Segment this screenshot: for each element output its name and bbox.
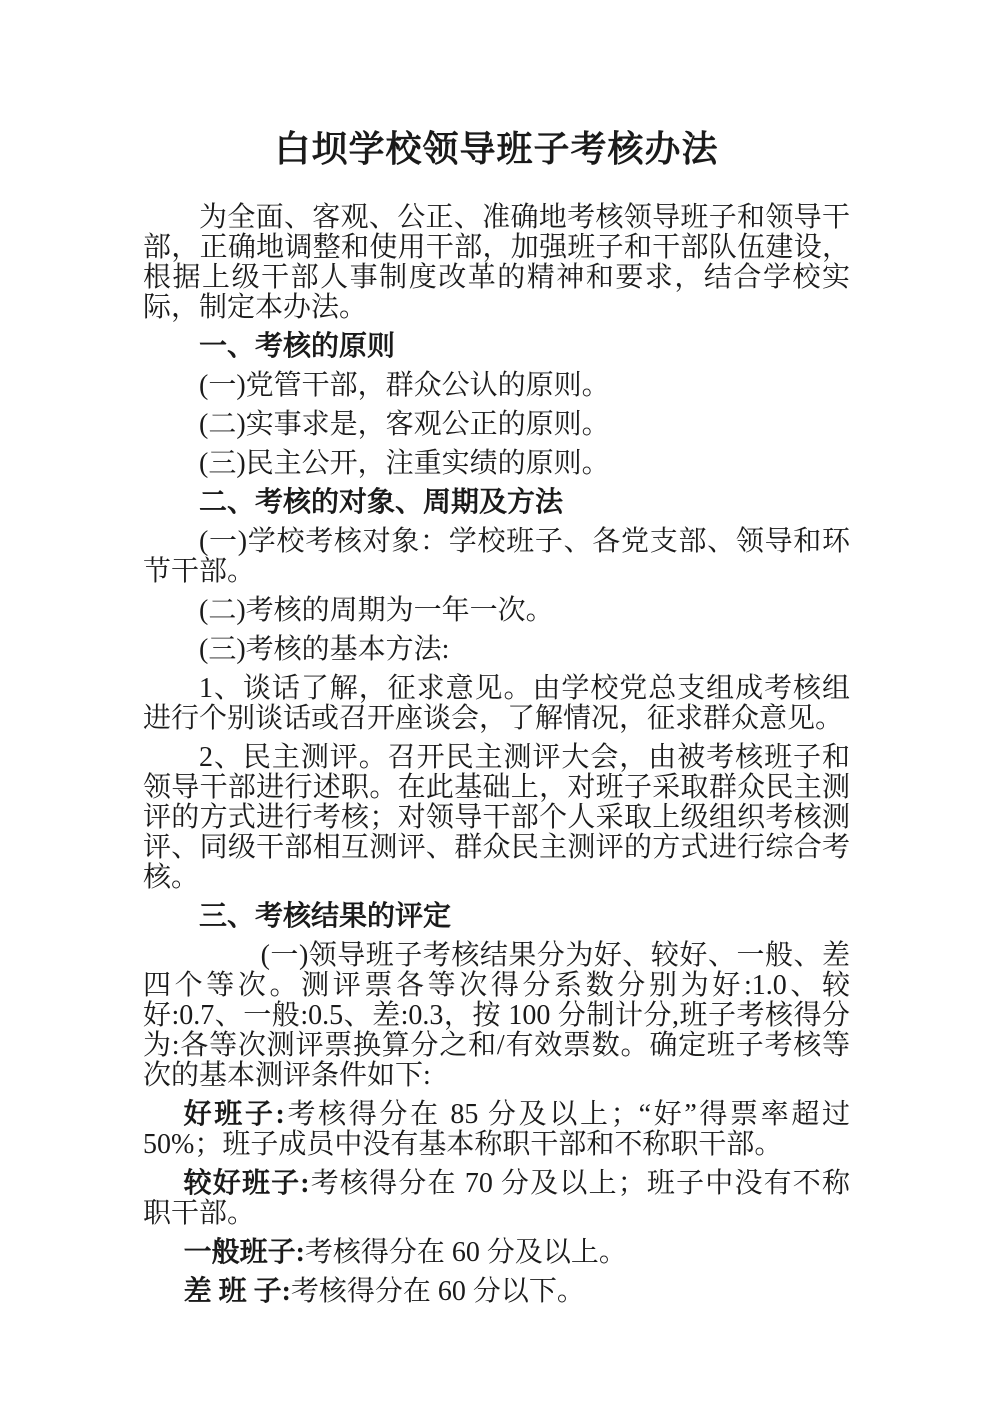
target-item-3: (三)考核的基本方法: (143, 635, 850, 665)
results-scoring-paragraph: (一)领导班子考核结果分为好、较好、一般、差四个等次。测评票各等次得分系数分别为… (143, 941, 850, 1091)
grade-text-poor: 考核得分在 60 分以下。 (291, 1276, 585, 1307)
section-heading-principles: 一、考核的原则 (143, 332, 850, 362)
method-item-2: 2、民主测评。召开民主测评大会，由被考核班子和领导干部进行述职。在此基础上，对班… (143, 743, 850, 893)
target-item-1: (一)学校考核对象：学校班子、各党支部、领导和环节干部。 (143, 527, 850, 587)
principle-item-2: (二)实事求是，客观公正的原则。 (143, 410, 850, 440)
target-item-2: (二)考核的周期为一年一次。 (143, 596, 850, 626)
section-heading-results: 三、考核结果的评定 (143, 902, 850, 932)
grade-label-average: 一般班子: (184, 1237, 305, 1268)
grade-paragraph-poor: 差 班 子:考核得分在 60 分以下。 (143, 1277, 850, 1307)
grade-label-poor: 差 班 子: (184, 1276, 291, 1307)
document-title: 白坝学校领导班子考核办法 (143, 127, 850, 171)
intro-paragraph: 为全面、客观、公正、准确地考核领导班子和领导干部，正确地调整和使用干部，加强班子… (143, 203, 850, 323)
document-page: 白坝学校领导班子考核办法 为全面、客观、公正、准确地考核领导班子和领导干部，正确… (0, 0, 993, 1404)
grade-paragraph-average: 一般班子:考核得分在 60 分及以上。 (143, 1238, 850, 1268)
grade-text-average: 考核得分在 60 分及以上。 (305, 1237, 627, 1268)
grade-label-fairly-good: 较好班子: (184, 1168, 310, 1199)
grade-paragraph-fairly-good: 较好班子:考核得分在 70 分及以上；班子中没有不称职干部。 (143, 1169, 850, 1229)
principle-item-1: (一)党管干部，群众公认的原则。 (143, 371, 850, 401)
grade-paragraph-good: 好班子:考核得分在 85 分及以上；“好”得票率超过 50%；班子成员中没有基本… (143, 1100, 850, 1160)
section-heading-targets-methods: 二、考核的对象、周期及方法 (143, 488, 850, 518)
method-item-1: 1、谈话了解，征求意见。由学校党总支组成考核组进行个别谈话或召开座谈会，了解情况… (143, 674, 850, 734)
grade-label-good: 好班子: (184, 1099, 285, 1130)
principle-item-3: (三)民主公开，注重实绩的原则。 (143, 449, 850, 479)
